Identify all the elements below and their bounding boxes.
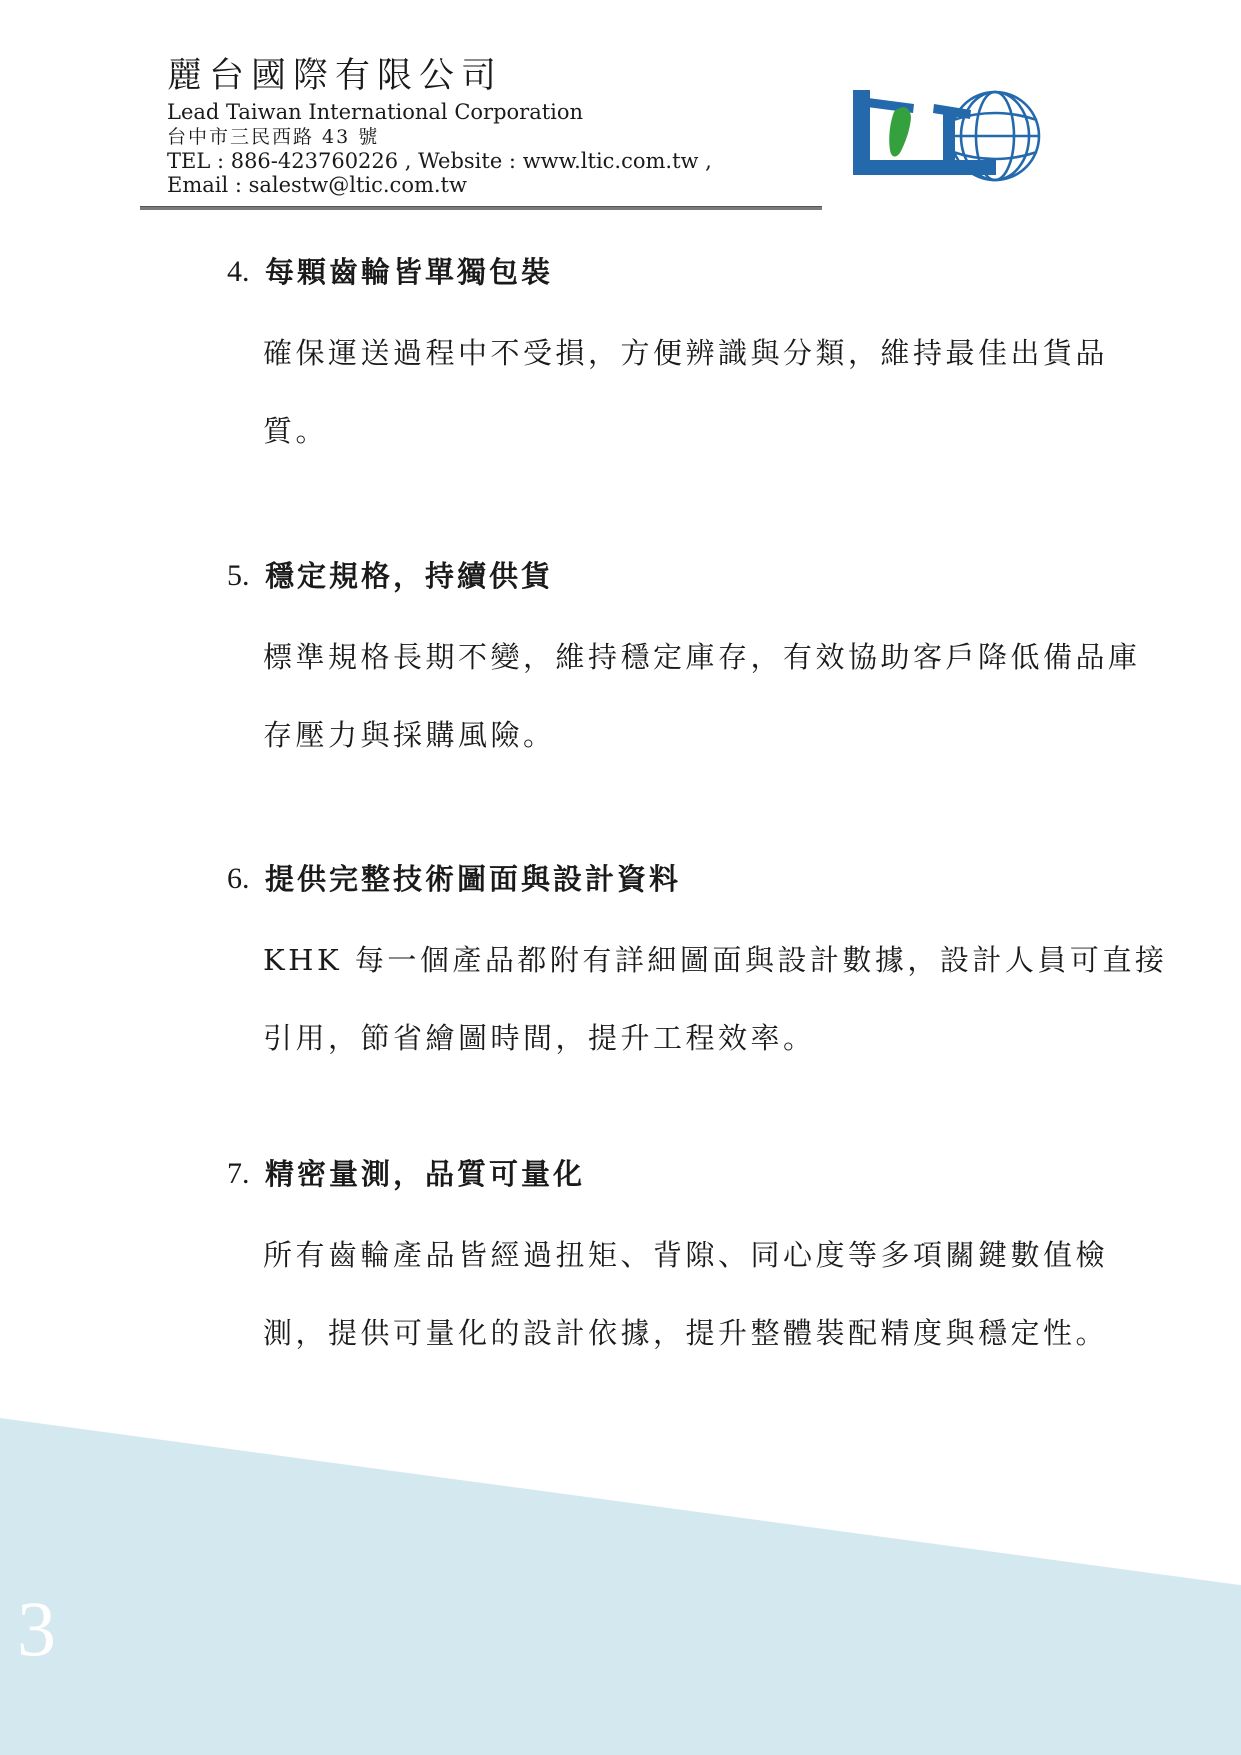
section-body-line: 存壓力與採購風險。: [263, 715, 1127, 755]
section-body-line: KHK 每一個產品都附有詳細圖面與設計數據，設計人員可直接: [263, 940, 1127, 980]
section-heading: 穩定規格，持續供貨: [265, 557, 553, 595]
section-4: 4. 每顆齒輪皆單獨包裝 確保運送過程中不受損，方便辨識與分類，維持最佳出貨品 …: [227, 253, 1127, 451]
section-body-line: 確保運送過程中不受損，方便辨識與分類，維持最佳出貨品: [263, 333, 1127, 373]
contact-line: TEL : 886-423760226 , Website : www.ltic…: [167, 149, 712, 173]
section-body-line: 引用，節省繪圖時間，提升工程效率。: [263, 1018, 1127, 1058]
section-7: 7. 精密量測，品質可量化 所有齒輪產品皆經過扭矩、背隙、同心度等多項關鍵數值檢…: [227, 1155, 1127, 1353]
section-number: 7.: [227, 1155, 265, 1193]
section-heading: 精密量測，品質可量化: [265, 1155, 585, 1193]
taiwan-island-icon: [889, 107, 911, 156]
company-address: 台中市三民西路 43 號: [167, 126, 712, 149]
section-heading: 提供完整技術圖面與設計資料: [265, 860, 681, 898]
section-number: 6.: [227, 860, 265, 898]
section-body-line: 標準規格長期不變，維持穩定庫存，有效協助客戶降低備品庫: [263, 637, 1127, 677]
page-number: 3: [17, 1588, 56, 1670]
section-number: 4.: [227, 253, 265, 291]
section-body-line: 所有齒輪產品皆經過扭矩、背隙、同心度等多項關鍵數值檢: [263, 1235, 1127, 1275]
email-line: Email : salestw@ltic.com.tw: [167, 173, 712, 197]
section-body-line: 質。: [263, 411, 1127, 451]
section-6: 6. 提供完整技術圖面與設計資料 KHK 每一個產品都附有詳細圖面與設計數據，設…: [227, 860, 1127, 1058]
section-body-line: 測，提供可量化的設計依據，提升整體裝配精度與穩定性。: [263, 1313, 1127, 1353]
footer-accent-wedge: [0, 1418, 1241, 1755]
company-name-en: Lead Taiwan International Corporation: [167, 100, 712, 125]
section-5: 5. 穩定規格，持續供貨 標準規格長期不變，維持穩定庫存，有效協助客戶降低備品庫…: [227, 557, 1127, 755]
header-divider: [140, 206, 822, 210]
section-number: 5.: [227, 557, 265, 595]
ltic-logo-icon: [843, 78, 1043, 192]
section-heading: 每顆齒輪皆單獨包裝: [265, 253, 553, 291]
company-name-zh: 麗台國際有限公司: [167, 54, 712, 98]
letterhead: 麗台國際有限公司 Lead Taiwan International Corpo…: [167, 54, 712, 197]
